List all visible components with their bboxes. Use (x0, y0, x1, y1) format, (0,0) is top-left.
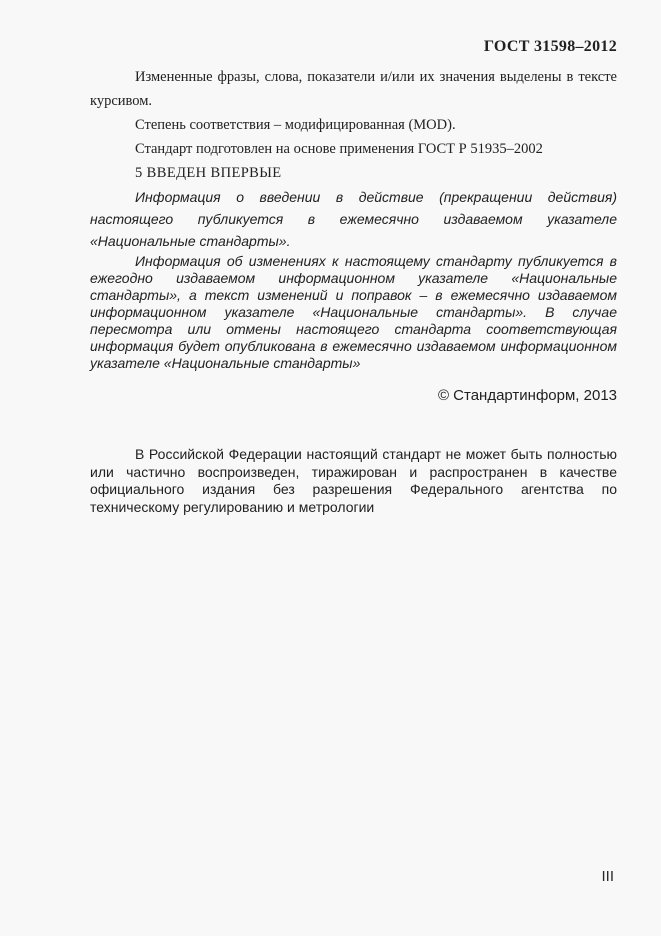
paragraph-compliance-degree: Степень соответствия – модифицированная … (90, 113, 617, 137)
section-heading-introduced: 5 ВВЕДЕН ВПЕРВЫЕ (90, 161, 617, 185)
page-number: III (601, 868, 614, 885)
paragraph-prepared-basis: Стандарт подготовлен на основе применени… (90, 137, 617, 161)
paragraph-info-changes: Информация об изменениях к настоящему ст… (90, 253, 617, 372)
copyright-notice: © Стандартинформ, 2013 (90, 387, 617, 405)
paragraph-info-enactment: Информация о введении в действие (прекра… (90, 186, 617, 252)
paragraph-reproduction-notice: В Российской Федерации настоящий стандар… (90, 446, 617, 516)
doc-number: ГОСТ 31598–2012 (90, 38, 617, 56)
paragraph-changed-phrases: Измененные фразы, слова, показатели и/ил… (90, 65, 617, 113)
document-page: ГОСТ 31598–2012 Измененные фразы, слова,… (0, 0, 661, 936)
page-content: ГОСТ 31598–2012 Измененные фразы, слова,… (0, 0, 661, 516)
